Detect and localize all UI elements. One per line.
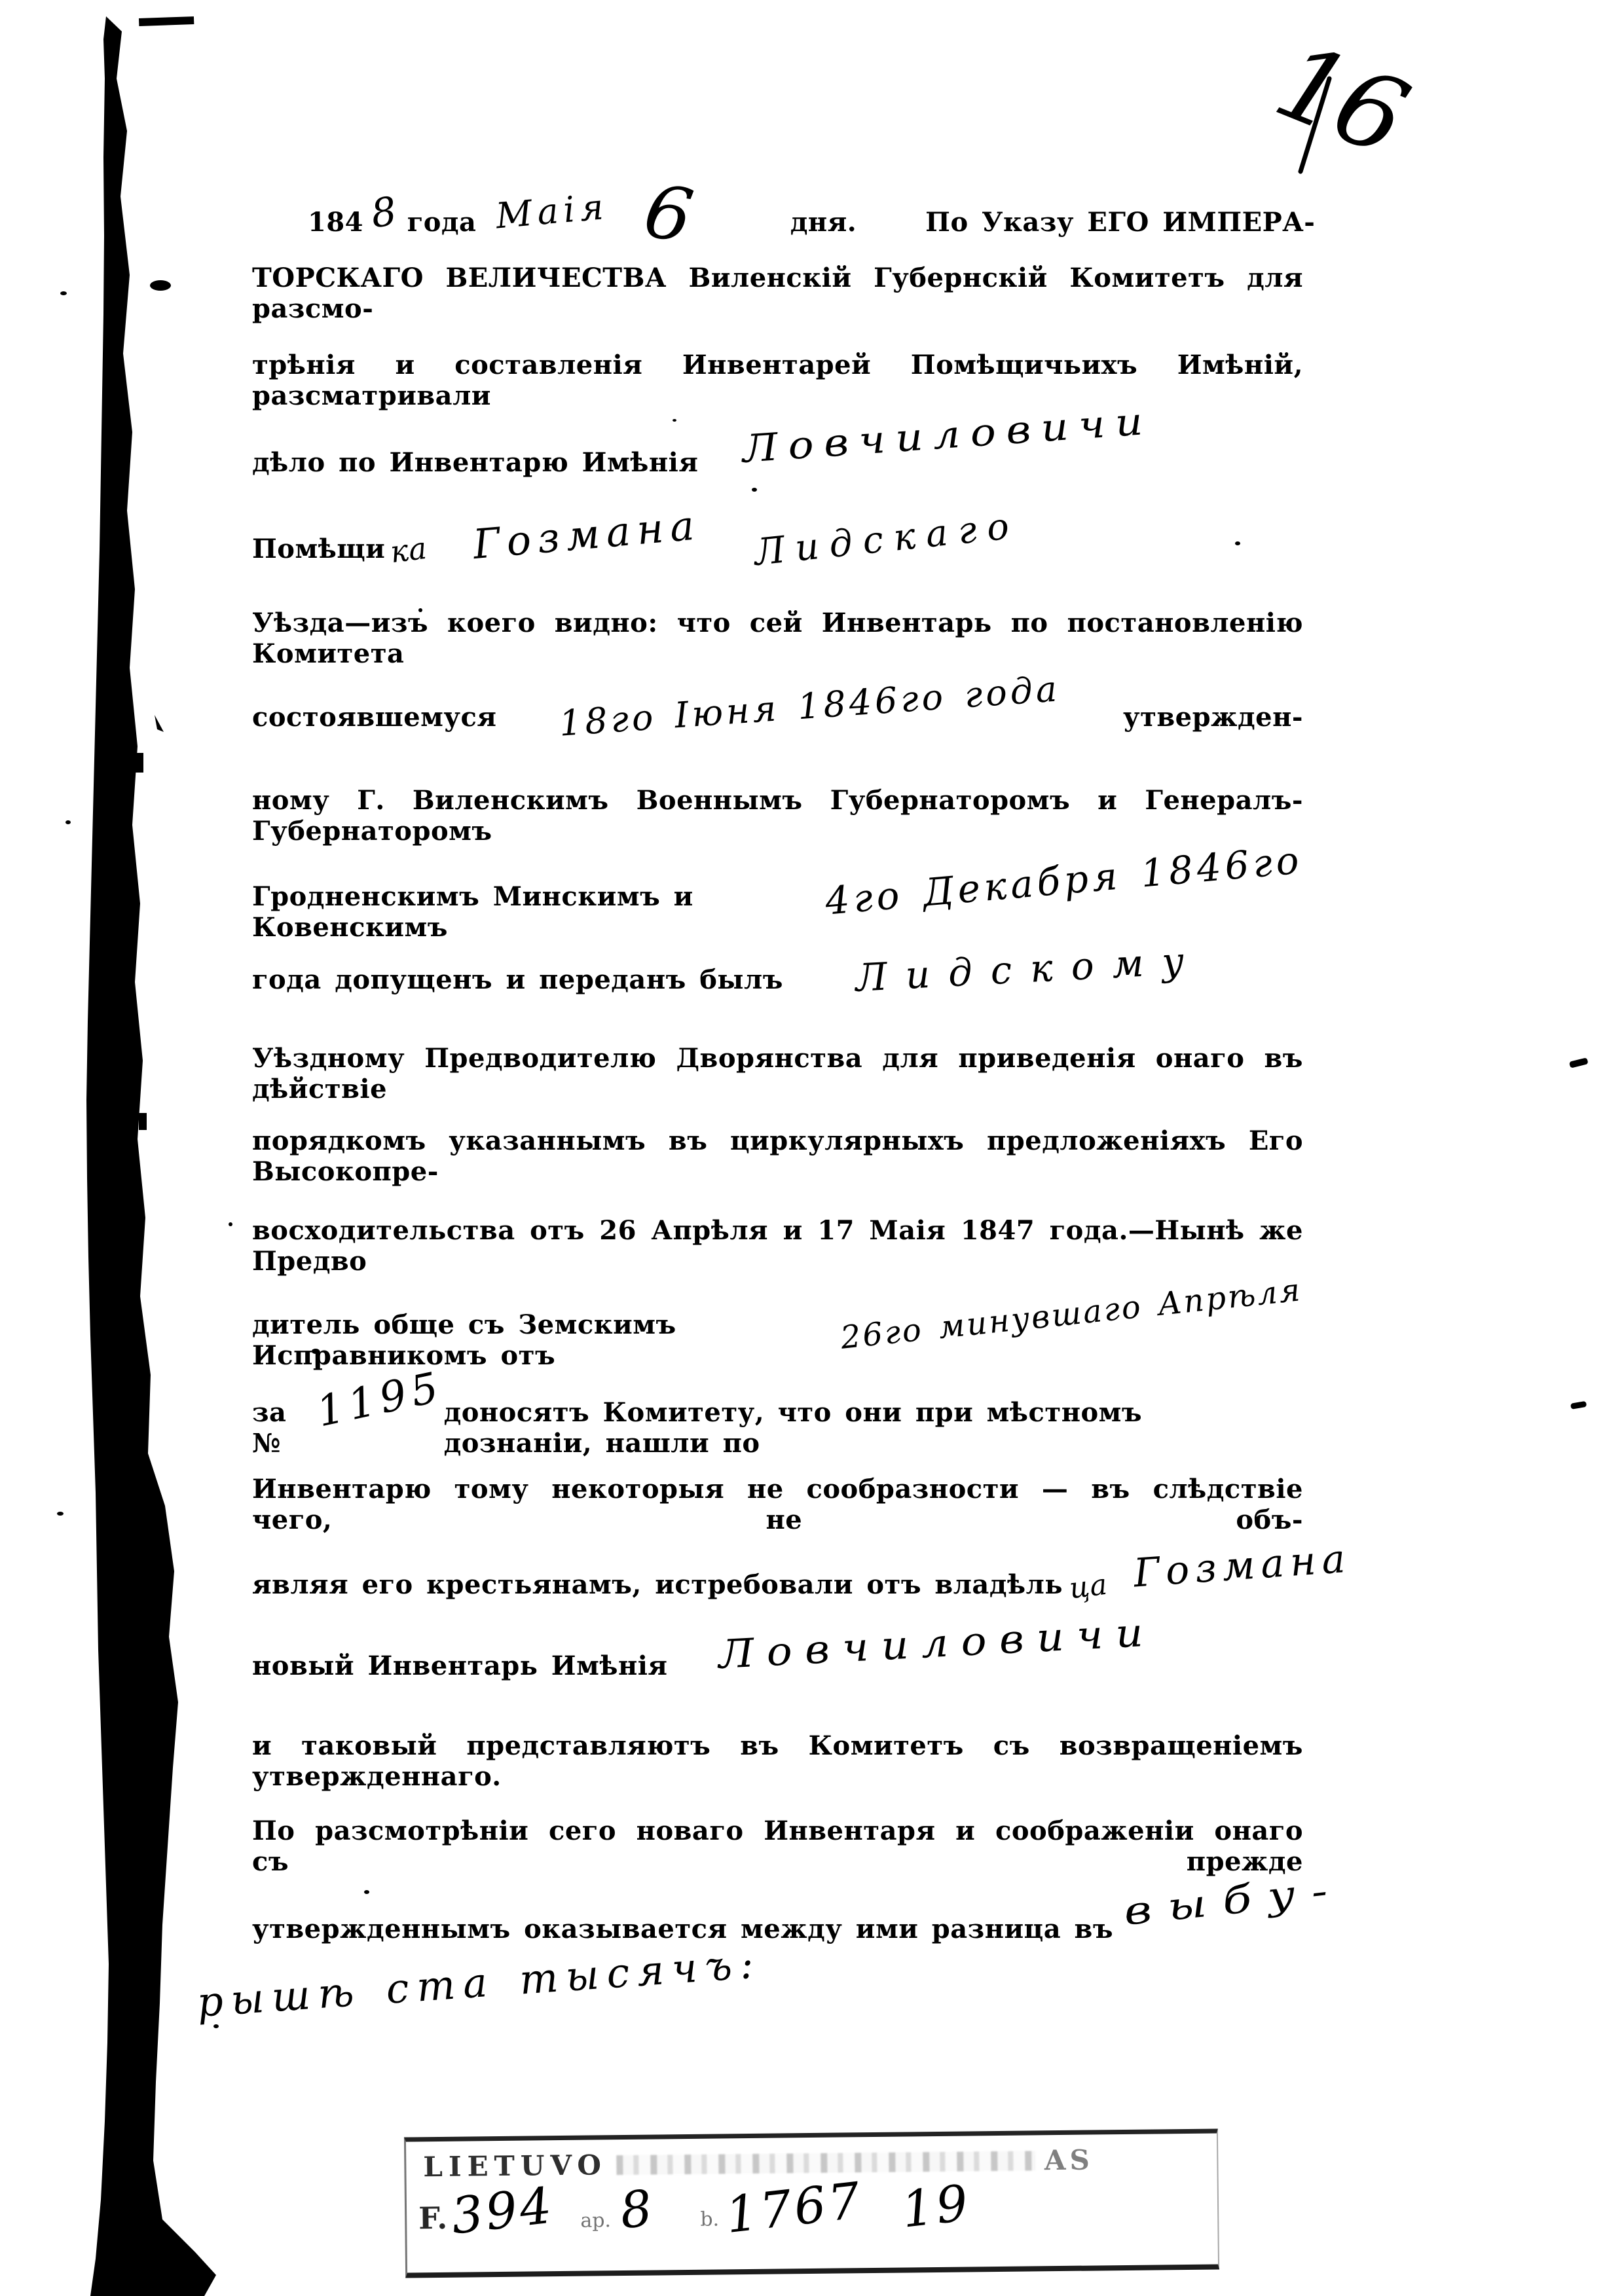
printed-dnya: дня.	[790, 207, 857, 238]
document-scan-page: 16 1848годаМаія6дня.По Указу ЕГО ИМПЕРА-…	[0, 0, 1624, 2296]
printed-donosyat: доносятъ Комитету, что они при мѣстномъ …	[444, 1397, 1303, 1459]
printed-line-20: По разсмотрѣніи сего новаго Инвентаря и …	[252, 1815, 1303, 1877]
archive-stamp: LIETUVO AS F. 394 ap. 8 b. 1767 19	[404, 2128, 1219, 2278]
printed-line-12: порядкомъ указаннымъ въ циркулярныхъ пре…	[252, 1125, 1303, 1187]
printed-line-16: Инвентарю тому некоторыя не сообразности…	[252, 1474, 1303, 1535]
stamp-ap-label: ap.	[580, 2209, 611, 2232]
document-number-line: за №1195доносятъ Комитету, что они при м…	[252, 1383, 1303, 1459]
printed-line-2: ТОРСКАГО ВЕЛИЧЕСТВА Виленскій Губернскій…	[252, 263, 1303, 324]
printed-za-no: за №	[252, 1397, 316, 1459]
printed-sostoyavshemusya: состоявшемуся	[252, 702, 496, 733]
handwritten-year-digit: 8	[368, 189, 399, 238]
difference-line: утвержденнымъ оказывается между ими разн…	[252, 1903, 1303, 1947]
stamp-title-visible-right: AS	[1044, 2143, 1094, 2176]
stamp-title-visible-left: LIETUVO	[423, 2149, 607, 2183]
printed-novy-inventar: новый Инвентарь Имѣнія	[252, 1650, 667, 1681]
owner-demand-line: являя его крестьянамъ, истребовали отъ в…	[252, 1558, 1351, 1603]
date-line: 1848годаМаія6дня.По Указу ЕГО ИМПЕРА-	[308, 172, 1315, 257]
stamp-lapas-number-handwritten: 19	[899, 2173, 974, 2238]
printed-line-6: Уѣзда—изъ коего видно: что сей Инвентарь…	[252, 608, 1303, 669]
printed-pomeschi: Помѣщи	[252, 534, 385, 564]
final-handwritten-line: рышѣ ста тысячъ:	[196, 1959, 762, 2007]
stamp-ap-number-handwritten: 8	[617, 2178, 657, 2240]
handwritten-tsa-suffix: ца	[1067, 1568, 1109, 1606]
estate-name-line: дѣло по Инвентарю ИмѣніяЛовчиловичи	[252, 436, 1111, 481]
printed-year-prefix: 184	[308, 207, 363, 238]
printed-yavlyaya: являя его крестьянамъ, истребовали отъ в…	[252, 1569, 1063, 1600]
printed-ukaz-phrase: По Указу ЕГО ИМПЕРА-	[925, 207, 1315, 238]
transfer-line: года допущенъ и переданъ былъЛидскому	[252, 953, 1202, 998]
printed-line-11: Уѣздному Предводителю Дворянства для при…	[252, 1043, 1303, 1104]
printed-utverzhden: утвержден-	[1123, 702, 1303, 733]
handwritten-day: 6	[638, 168, 699, 260]
owner-line: ПомѣщикаГозманаЛидскаго	[252, 520, 1020, 568]
printed-utverzhdennym: утвержденнымъ оказывается между ими разн…	[252, 1914, 1113, 1944]
printed-line-8: ному Г. Виленскимъ Военнымъ Губернатором…	[252, 785, 1303, 847]
printed-goda: года	[407, 207, 477, 238]
report-date-line: дитель обще съ Земскимъ Исправникомъ отъ…	[252, 1305, 1303, 1371]
stamp-fond-number-handwritten: 394	[449, 2176, 557, 2245]
printed-line-19: и таковый представляютъ въ Комитетъ съ в…	[252, 1730, 1303, 1792]
handwritten-month: Маія	[494, 186, 610, 237]
stamp-byla-label: b.	[700, 2208, 719, 2231]
handwritten-ka-suffix: ка	[388, 530, 429, 570]
approval-date-line: состоявшемуся18го Іюня 1846го годаутверж…	[252, 693, 1303, 735]
stamp-reference-row: F. 394 ap. 8 b. 1767 19	[418, 2174, 1198, 2240]
stamp-title-illegible-smudge	[616, 2151, 1035, 2175]
new-inventory-line: новый Инвентарь ИмѣніяЛовчиловичи	[252, 1639, 1125, 1685]
stamp-fond-label: F.	[418, 2200, 448, 2236]
printed-ditel-obsche: дитель обще съ Земскимъ Исправникомъ отъ	[252, 1309, 840, 1371]
printed-grodnenskim: Гродненскимъ Минскимъ и Ковенскимъ	[252, 881, 824, 943]
printed-goda-dopuschen: года допущенъ и переданъ былъ	[252, 964, 783, 995]
stamp-byla-number-handwritten: 1767	[723, 2171, 866, 2244]
printed-delo-po-inventaryu: дѣло по Инвентарю Имѣнія	[252, 447, 698, 478]
governor-date-line: Гродненскимъ Минскимъ и Ковенскимъ4го Де…	[252, 870, 1303, 943]
printed-line-13: восходительства отъ 26 Апрѣля и 17 Маія …	[252, 1215, 1303, 1277]
